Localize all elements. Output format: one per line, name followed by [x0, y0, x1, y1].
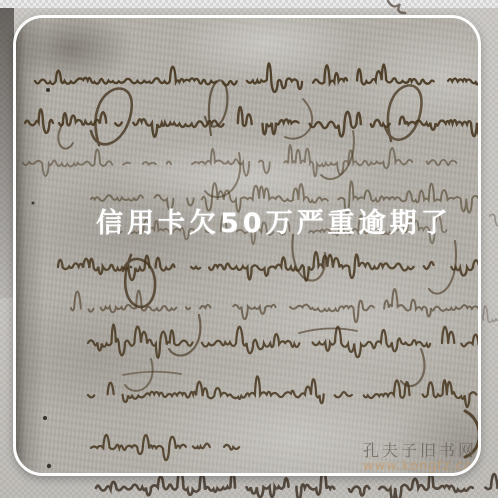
overlay-caption-text: 信用卡欠50万严重逾期了 [96, 201, 452, 240]
watermark-site-name: 孔夫子旧书网 [363, 438, 477, 461]
transparency-checkerboard-canvas: 信用卡欠50万严重逾期了 孔夫子旧书网 www.kongfz.com [0, 0, 498, 498]
manuscript-photo: 信用卡欠50万严重逾期了 孔夫子旧书网 www.kongfz.com [13, 15, 481, 476]
watermark-site-url: www.kongfz.com [363, 459, 481, 474]
parchment-texture [16, 18, 478, 473]
faded-dark-left-strip [0, 8, 14, 298]
